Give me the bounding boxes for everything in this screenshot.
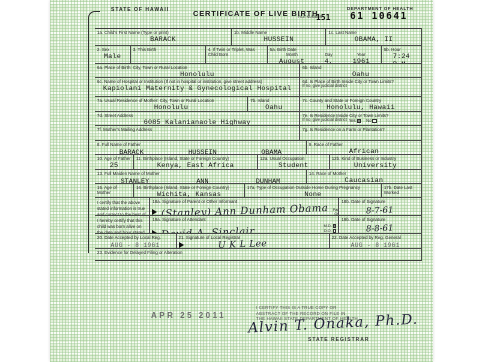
row-place-of-birth: 6a. Place of Birth: City, Town or Rural … xyxy=(95,64,421,78)
field-19a-attendant-signature: 19a. Signature of Attendant David A. Sin… xyxy=(150,216,339,233)
mother-first-name-value: STANLEY xyxy=(121,178,150,183)
field-19b-signature-date: 19b. Date of Signature 8-8-61 xyxy=(339,216,421,233)
local-accept-date-stamp: AUG - 8 1961 xyxy=(97,242,174,248)
field-1a-first-name: 1a. Child's First Name (Type or print) B… xyxy=(95,29,232,45)
father-middle-name-value: HUSSEIN xyxy=(188,149,217,154)
month-column-label: Month xyxy=(270,52,314,57)
received-date-stamp: APR 25 2011 xyxy=(151,311,226,320)
field-8-father-name: 8. Full Name of Father BARACK HUSSEIN OB… xyxy=(95,141,307,154)
field-12b-father-industry: 12b. Kind of Business or Industry Univer… xyxy=(330,155,421,169)
residence-island-value: Oahu xyxy=(250,104,297,111)
form-header: STATE OF HAWAII CERTIFICATE OF LIVE BIRT… xyxy=(95,3,422,28)
residence-limits-yes-checkbox xyxy=(357,119,362,124)
row-father-details: 10. Age of Father 25 11. Birthplace (Isl… xyxy=(95,155,421,170)
row-mailing-address: 7f. Mother's Mailing Address 7g. Is Resi… xyxy=(95,126,421,141)
parent-signature-value: (Stanley) Ann Dunham Obama xyxy=(161,203,329,215)
residence-city-value: Honolulu xyxy=(97,104,245,111)
field-16-mother-birthplace: 16. Birthplace (Island, State or Foreign… xyxy=(134,184,245,197)
residence-limits-no-checkbox xyxy=(372,119,377,124)
field-7d-street-address: 7d. Street Address 6085 Kalanianaole Hig… xyxy=(95,112,300,125)
residence-limits-yes-label: Yes xyxy=(349,118,356,123)
row-hospital: 6c. Name of Hospital or Institution (If … xyxy=(95,78,421,97)
father-first-name-value: BARACK xyxy=(119,149,143,154)
attendant-signature-date-value: 8-8-61 xyxy=(341,223,419,233)
field-7b-island: 7b. Island Oahu xyxy=(248,97,300,111)
field-22-date-accepted-general: 22. Date Accepted by Reg. General AUG - … xyxy=(330,234,421,248)
field-17b-date-last-worked: 17b. Date Last Worked xyxy=(382,184,421,197)
md-checkbox xyxy=(333,224,337,228)
field-4-twin-order: 4. If Twin or Triplet, Was Child Born 1s… xyxy=(206,46,268,63)
field-1b-middle-name: 1b. Middle Name HUSSEIN xyxy=(232,29,327,45)
birth-hour-value: 7:24 P.M. xyxy=(384,53,419,63)
local-registrar-signature-value: U K L Lee xyxy=(217,239,266,248)
field-23-evidence: 23. Evidence for Delayed Filing or Alter… xyxy=(95,249,421,260)
general-accept-date-stamp: AUG - 8 1961 xyxy=(332,242,419,248)
mother-occupation-value: None xyxy=(247,191,379,197)
row-street-address: 7d. Street Address 6085 Kalanianaole Hig… xyxy=(95,112,421,126)
file-number-value: 151 xyxy=(316,13,330,22)
residence-limits-no-label: No xyxy=(366,118,371,123)
parent-certification-statement: I certify that the above stated informat… xyxy=(95,198,150,215)
field-13-mother-name: 13. Full Maiden Name of Mother STANLEY A… xyxy=(95,170,307,183)
field-14-mother-race: 14. Race of Mother Caucasian xyxy=(307,170,421,183)
row-parent-signature: I certify that the above stated informat… xyxy=(95,198,421,216)
day-column-label: Day xyxy=(314,52,343,57)
sex-value: Male xyxy=(97,53,128,61)
state-registrar-title: STATE REGISTRAR xyxy=(308,337,369,343)
field-21-local-registrar-signature: 21. Signature of Local Registrar U K L L… xyxy=(177,234,330,248)
field-18a-parent-signature: 18a. Signature of Parent or Other Inform… xyxy=(150,198,339,215)
parent-signature-date-value: 8-7-61 xyxy=(341,205,419,215)
do-checkbox-label: D.O. xyxy=(324,229,332,233)
mother-middle-name-value: ANN xyxy=(196,178,208,183)
father-occupation-value: Student xyxy=(260,162,327,169)
father-birthplace-value: Kenya, East Africa xyxy=(136,162,255,169)
hospital-name-value: Kapiolani Maternity & Gynecological Hosp… xyxy=(97,85,297,93)
do-checkbox xyxy=(333,229,337,233)
field-7e-residence-limits: 7e. Is Residence Inside City or Town Lim… xyxy=(300,112,421,125)
year-column-label: Year xyxy=(343,52,378,57)
father-race-value: African xyxy=(309,148,419,154)
row-mother-details: 15. Age of Mother 18 16. Birthplace (Isl… xyxy=(95,184,421,198)
birth-month-value: August xyxy=(270,58,314,63)
father-age-value: 25 xyxy=(97,162,131,169)
form-table: 1a. Child's First Name (Type or print) B… xyxy=(95,28,422,261)
field-15-mother-age: 15. Age of Mother 18 xyxy=(95,184,134,197)
street-address-value: 6085 Kalanianaole Highway xyxy=(97,119,297,125)
field-6c-hospital: 6c. Name of Hospital or Institution (If … xyxy=(95,78,300,96)
field-11-father-birthplace: 11. Birthplace (Island, State or Foreign… xyxy=(134,155,258,169)
field-7g-farm-plantation: 7g. Is Residence on a Farm or Plantation… xyxy=(300,126,421,140)
field-5a-birth-date: 5a. Birth Date Month August Day 4, xyxy=(268,46,382,63)
row-birth-details: 2. Sex Male 3. This Birth Single Twin Tr… xyxy=(95,46,421,64)
birth-year-value: 1961 xyxy=(343,58,378,63)
row-registrar: 20. Date Accepted by Local Reg. AUG - 8 … xyxy=(95,234,421,249)
scan-background: STATE OF HAWAII CERTIFICATE OF LIVE BIRT… xyxy=(0,0,485,362)
field-12a-father-occupation: 12a. Usual Occupation Student xyxy=(258,155,330,169)
certificate-paper: STATE OF HAWAII CERTIFICATE OF LIVE BIRT… xyxy=(50,0,433,362)
field-7a-residence: 7a. Usual Residence of Mother: City, Tow… xyxy=(95,97,248,111)
birth-island-value: Oahu xyxy=(302,71,419,77)
field-9-father-race: 9. Race of Father African xyxy=(307,141,421,154)
field-2-sex: 2. Sex Male xyxy=(95,46,131,63)
signature-pointer-icon xyxy=(152,230,157,233)
signature-pointer-icon xyxy=(179,242,184,248)
certificate-number: 61 10641 xyxy=(350,11,408,22)
field-7c-county: 7c. County and State or Foreign Country … xyxy=(300,97,421,111)
father-industry-value: University xyxy=(332,162,419,169)
row-evidence: 23. Evidence for Delayed Filing or Alter… xyxy=(95,249,421,260)
attendant-signature-value: David A. Sinclair xyxy=(161,226,255,233)
field-1c-last-name: 1c. Last Name OBAMA, II xyxy=(326,29,421,45)
child-last-name-value: OBAMA, II xyxy=(328,36,419,44)
row-mother-name: 13. Full Maiden Name of Mother STANLEY A… xyxy=(95,170,421,184)
mother-race-value: Caucasian xyxy=(309,177,419,183)
residence-county-value: Honolulu, Hawaii xyxy=(302,104,419,111)
field-6a-place-of-birth: 6a. Place of Birth: City, Town or Rural … xyxy=(95,64,300,77)
attendant-certification-statement: I hereby certify that this child was bor… xyxy=(95,216,150,233)
parent-checkbox-label: Parent xyxy=(333,208,340,212)
row-child-name: 1a. Child's First Name (Type or print) B… xyxy=(95,29,421,46)
row-father-name: 8. Full Name of Father BARACK HUSSEIN OB… xyxy=(95,141,421,155)
field-5b-hour: 5b. Hour 7:24 P.M. xyxy=(382,46,421,63)
birth-day-value: 4, xyxy=(314,58,343,63)
signature-pointer-icon xyxy=(152,209,157,215)
row-attendant-signature: I hereby certify that this child was bor… xyxy=(95,216,421,234)
field-7f-mailing-address: 7f. Mother's Mailing Address xyxy=(95,126,300,140)
mother-last-name-value: DUNHAM xyxy=(256,178,280,183)
child-middle-name-value: HUSSEIN xyxy=(234,36,324,44)
field-18b-signature-date: 18b. Date of Signature 8-7-61 xyxy=(339,198,421,215)
field-6b-island: 6b. Island Oahu xyxy=(300,64,421,77)
row-mother-residence: 7a. Usual Residence of Mother: City, Tow… xyxy=(95,97,421,112)
father-last-name-value: OBAMA xyxy=(261,149,281,154)
field-10-father-age: 10. Age of Father 25 xyxy=(95,155,134,169)
md-checkbox-label: M.D. xyxy=(324,224,332,228)
place-of-birth-value: Honolulu xyxy=(97,71,297,77)
mother-birthplace-value: Wichita, Kansas xyxy=(136,191,242,197)
child-first-name-value: BARACK xyxy=(97,36,229,44)
state-label: STATE OF HAWAII xyxy=(111,7,169,13)
field-17a-mother-occupation: 17a. Type of Occupation Outside Home Dur… xyxy=(245,184,382,197)
field-20-date-accepted-local: 20. Date Accepted by Local Reg. AUG - 8 … xyxy=(95,234,177,248)
field-3-this-birth: 3. This Birth Single Twin Triplet xyxy=(131,46,206,63)
certificate-form: STATE OF HAWAII CERTIFICATE OF LIVE BIRT… xyxy=(95,3,422,261)
field-6d-city-limits: 6d. Is Place of Birth Inside City or Tow… xyxy=(300,78,421,96)
